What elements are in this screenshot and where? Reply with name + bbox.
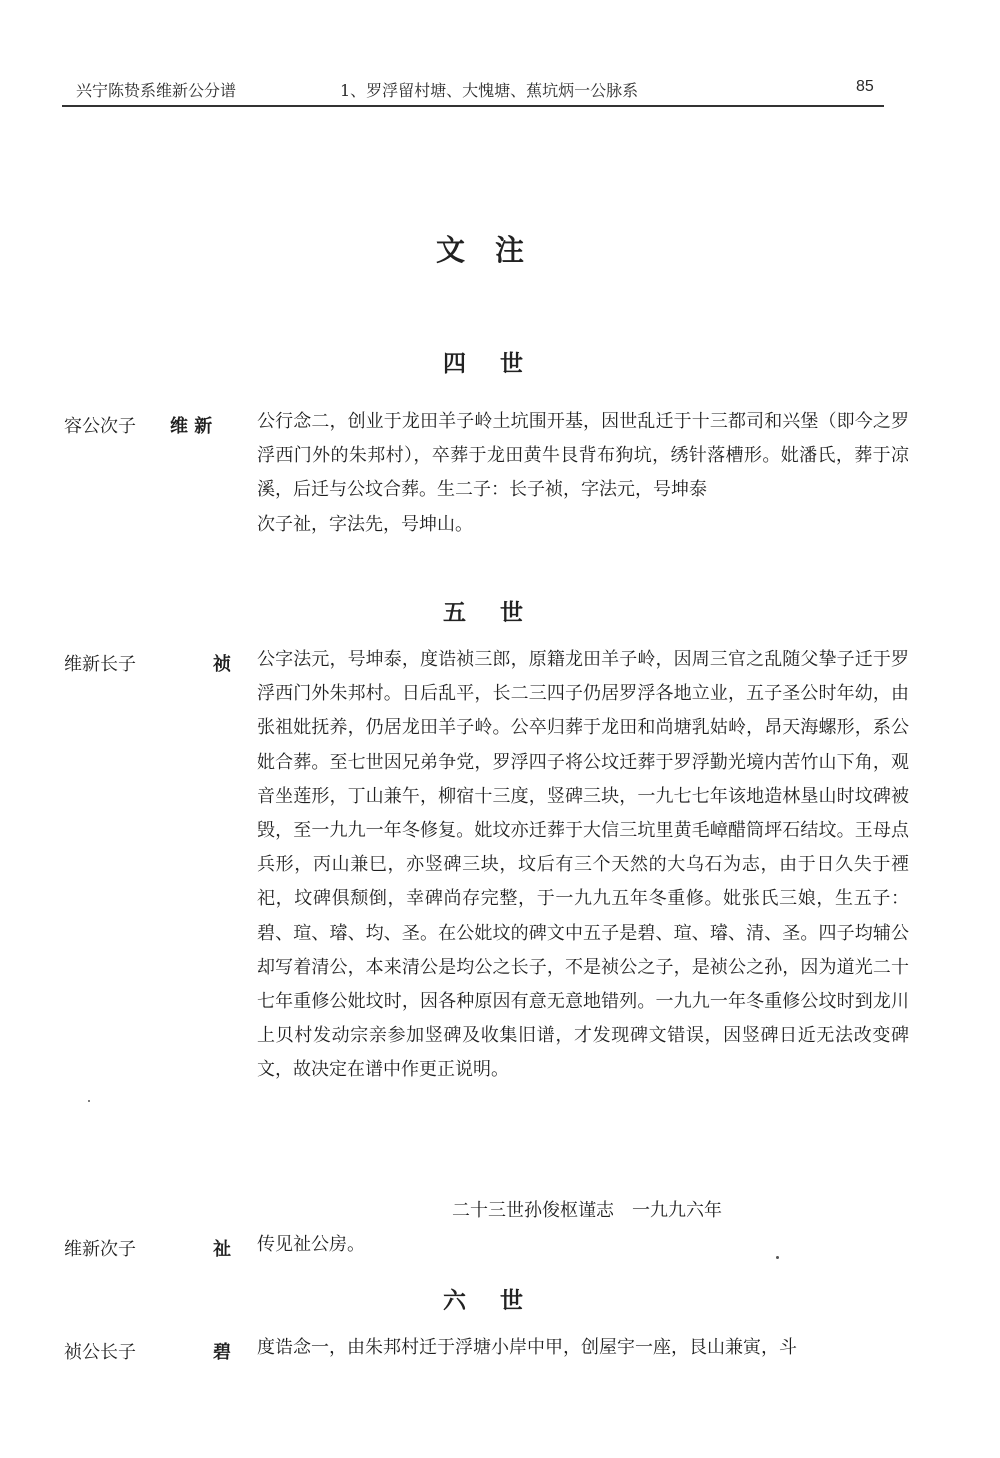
paragraph: 传见祉公房。 <box>257 1228 909 1262</box>
scan-speck <box>776 1256 779 1259</box>
paragraph: 次子祉，字法先，号坤山。 <box>257 508 909 542</box>
entry-relation: 维新长子 <box>64 650 136 676</box>
page-number: 85 <box>856 78 874 96</box>
entry-relation: 容公次子 <box>64 412 136 438</box>
paragraph: 度诰念一，由朱邦村迁于浮塘小岸中甲，创屋宇一座，艮山兼寅，斗 <box>257 1331 909 1365</box>
entry-name: 祉 <box>213 1235 231 1261</box>
running-header: 兴宁陈贽系维新公分谱 1、罗浮留村塘、大愧塘、蕉坑炳一公脉系 85 <box>62 76 882 102</box>
entry-body: 度诰念一，由朱邦村迁于浮塘小岸中甲，创屋宇一座，艮山兼寅，斗 <box>257 1331 909 1365</box>
entry-name: 维 新 <box>170 412 212 438</box>
scan-speck <box>88 1100 90 1102</box>
paragraph: 公字法元，号坤泰，度诰祯三郎，原籍龙田羊子岭，因周三官之乱随父挚子迁于罗浮西门外… <box>257 643 909 1088</box>
generation-heading-6: 六世 <box>0 1282 1000 1315</box>
signature: 二十三世孙俊枢谨志 一九九六年 <box>452 1196 722 1222</box>
generation-heading-4: 四世 <box>0 345 1000 378</box>
book-title: 兴宁陈贽系维新公分谱 <box>76 78 236 101</box>
chapter-title: 1、罗浮留村塘、大愧塘、蕉坑炳一公脉系 <box>340 78 638 101</box>
header-rule <box>62 105 884 107</box>
entry-body: 传见祉公房。 <box>257 1228 909 1262</box>
entry-relation: 祯公长子 <box>64 1338 136 1364</box>
generation-heading-5: 五世 <box>0 594 1000 627</box>
entry-relation: 维新次子 <box>64 1235 136 1261</box>
page-title: 文注 <box>0 228 1000 269</box>
paragraph: 公行念二，创业于龙田羊子岭土坑围开基，因世乱迁于十三都司和兴堡（即今之罗浮西门外… <box>257 405 909 508</box>
entry-name: 祯 <box>213 650 231 676</box>
entry-name: 碧 <box>213 1338 231 1364</box>
entry-body: 公行念二，创业于龙田羊子岭土坑围开基，因世乱迁于十三都司和兴堡（即今之罗浮西门外… <box>257 405 909 542</box>
entry-body: 公字法元，号坤泰，度诰祯三郎，原籍龙田羊子岭，因周三官之乱随父挚子迁于罗浮西门外… <box>257 643 909 1088</box>
